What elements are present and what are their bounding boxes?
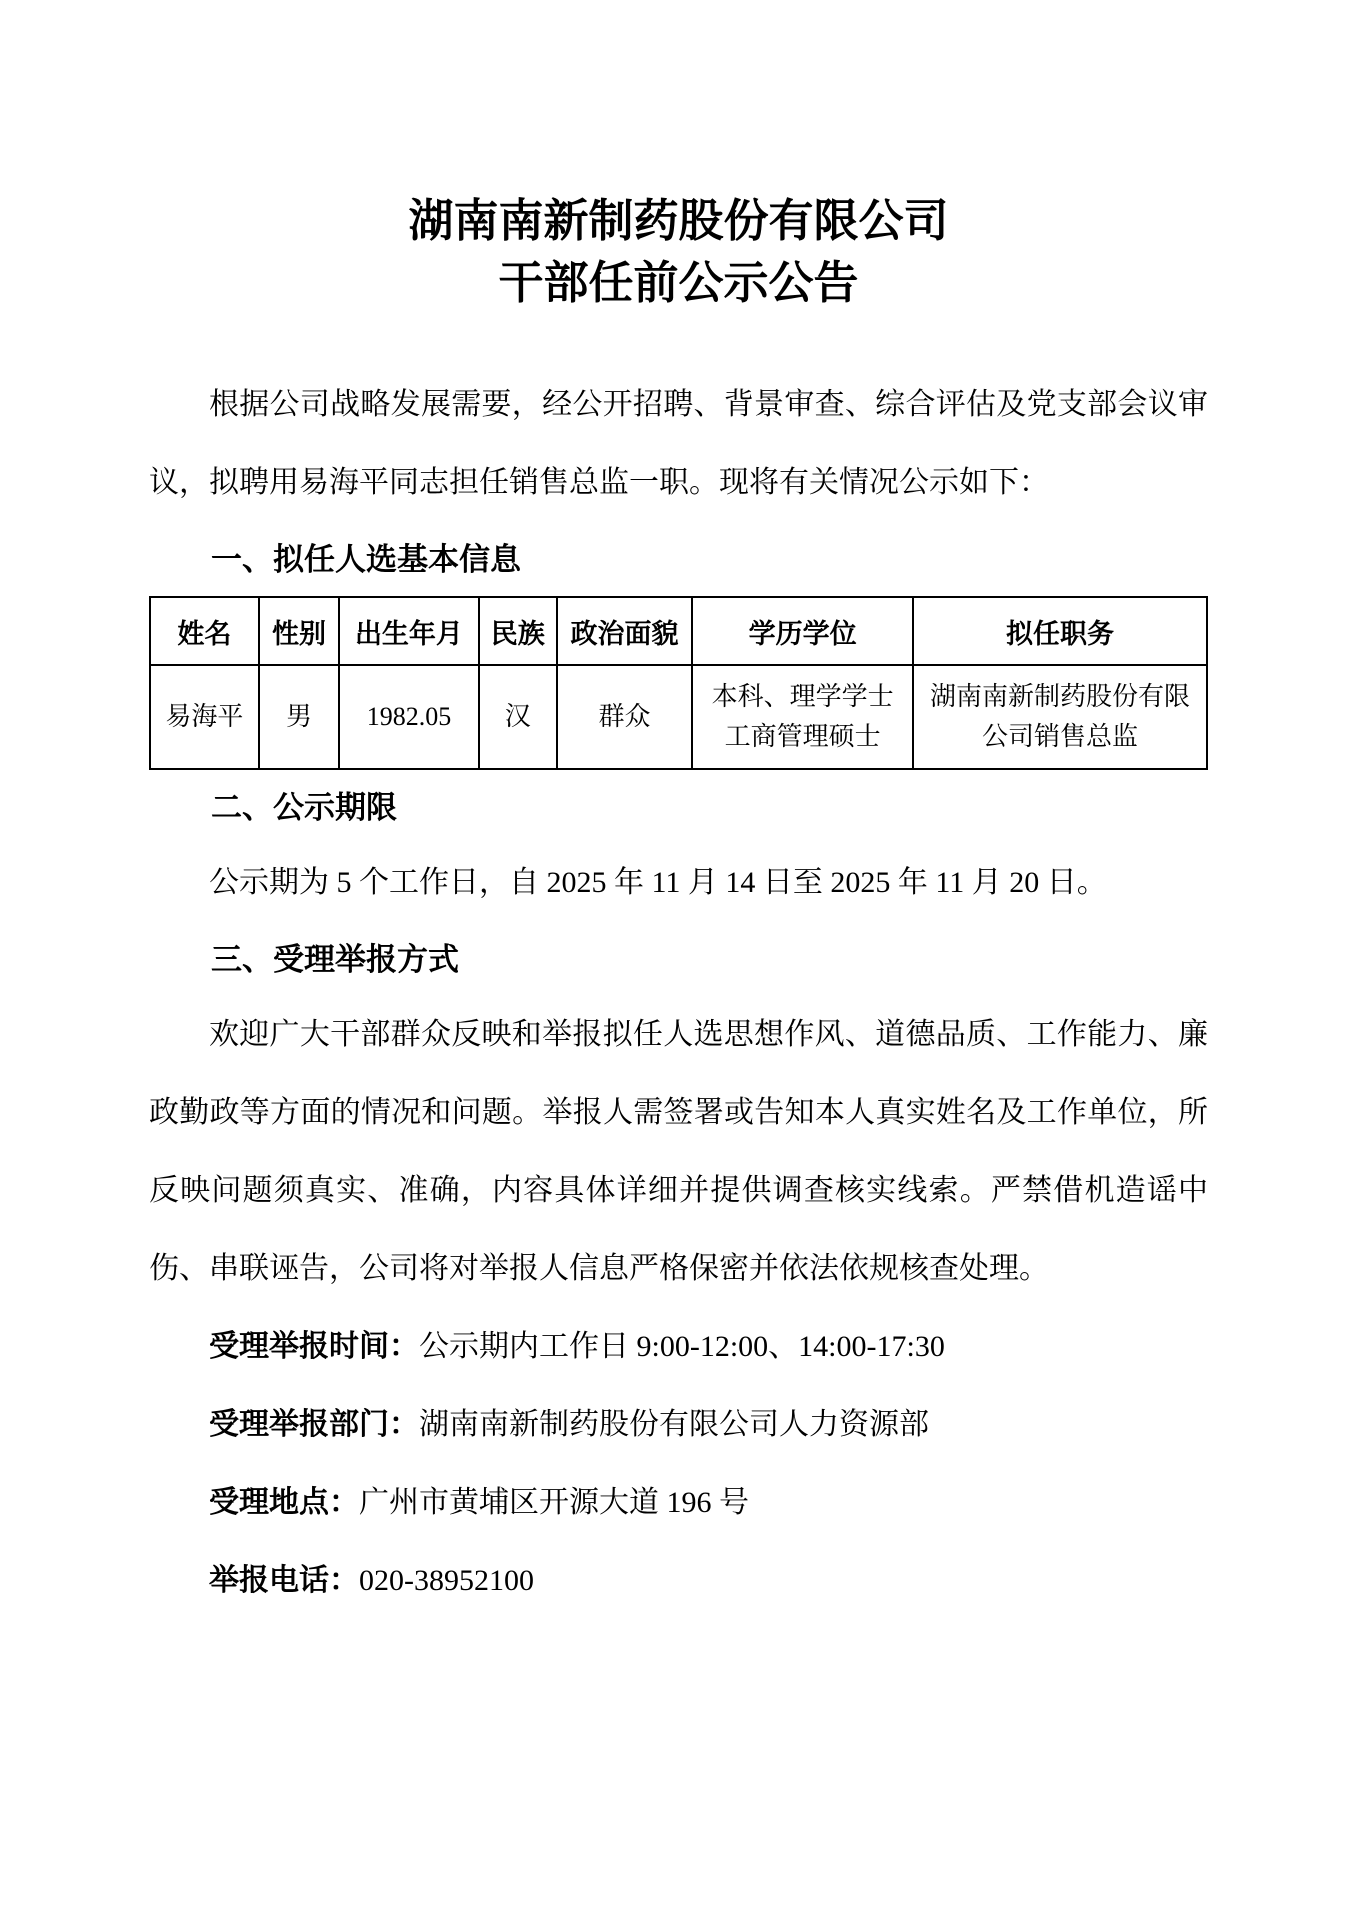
- header-cell-name: 姓名: [150, 597, 259, 665]
- cell-education: 本科、理学学士 工商管理硕士: [692, 665, 913, 769]
- section-2-heading: 二、公示期限: [149, 785, 1208, 831]
- header-cell-gender: 性别: [259, 597, 339, 665]
- announcement-document: 湖南南新制药股份有限公司 干部任前公示公告 根据公司战略发展需要，经公开招聘、背…: [0, 0, 1357, 1920]
- cell-ethnicity: 汉: [479, 665, 557, 769]
- header-cell-education: 学历学位: [692, 597, 913, 665]
- header-cell-ethnicity: 民族: [479, 597, 557, 665]
- contact-report-phone-value: 020-38952100: [359, 1564, 534, 1597]
- document-title: 湖南南新制药股份有限公司 干部任前公示公告: [149, 190, 1208, 314]
- table-header-row: 姓名 性别 出生年月 民族 政治面貌 学历学位 拟任职务: [150, 597, 1207, 665]
- section-2-paragraph: 公示期为 5 个工作日，自 2025 年 11 月 14 日至 2025 年 1…: [149, 844, 1208, 922]
- contact-report-time-value: 公示期内工作日 9:00-12:00、14:00-17:30: [419, 1330, 945, 1363]
- contact-report-department-label: 受理举报部门：: [209, 1408, 419, 1441]
- contact-report-time: 受理举报时间：公示期内工作日 9:00-12:00、14:00-17:30: [149, 1308, 1208, 1386]
- contact-report-phone: 举报电话：020-38952100: [149, 1542, 1208, 1620]
- section-3-paragraph: 欢迎广大干部群众反映和举报拟任人选思想作风、道德品质、工作能力、廉政勤政等方面的…: [149, 996, 1208, 1308]
- contact-report-address-label: 受理地点：: [209, 1486, 359, 1519]
- section-1-heading: 一、拟任人选基本信息: [149, 537, 1208, 583]
- header-cell-birthdate: 出生年月: [339, 597, 479, 665]
- section-3-heading: 三、受理举报方式: [149, 937, 1208, 983]
- table-row: 易海平 男 1982.05 汉 群众 本科、理学学士 工商管理硕士 湖南南新制药…: [150, 665, 1207, 769]
- title-line-1: 湖南南新制药股份有限公司: [149, 190, 1208, 252]
- contact-report-address: 受理地点：广州市黄埔区开源大道 196 号: [149, 1464, 1208, 1542]
- cell-name: 易海平: [150, 665, 259, 769]
- intro-paragraph: 根据公司战略发展需要，经公开招聘、背景审查、综合评估及党支部会议审议，拟聘用易海…: [149, 366, 1208, 522]
- contact-report-phone-label: 举报电话：: [209, 1564, 359, 1597]
- contact-report-time-label: 受理举报时间：: [209, 1330, 419, 1363]
- contact-report-department-value: 湖南南新制药股份有限公司人力资源部: [419, 1408, 929, 1441]
- cell-proposed-position: 湖南南新制药股份有限 公司销售总监: [913, 665, 1207, 769]
- header-cell-proposed-position: 拟任职务: [913, 597, 1207, 665]
- cell-political-status: 群众: [557, 665, 692, 769]
- contact-report-address-value: 广州市黄埔区开源大道 196 号: [359, 1486, 749, 1519]
- candidate-info-table: 姓名 性别 出生年月 民族 政治面貌 学历学位 拟任职务 易海平 男 1982.…: [149, 596, 1208, 770]
- title-line-2: 干部任前公示公告: [149, 252, 1208, 314]
- cell-gender: 男: [259, 665, 339, 769]
- header-cell-political-status: 政治面貌: [557, 597, 692, 665]
- cell-birthdate: 1982.05: [339, 665, 479, 769]
- contact-report-department: 受理举报部门：湖南南新制药股份有限公司人力资源部: [149, 1386, 1208, 1464]
